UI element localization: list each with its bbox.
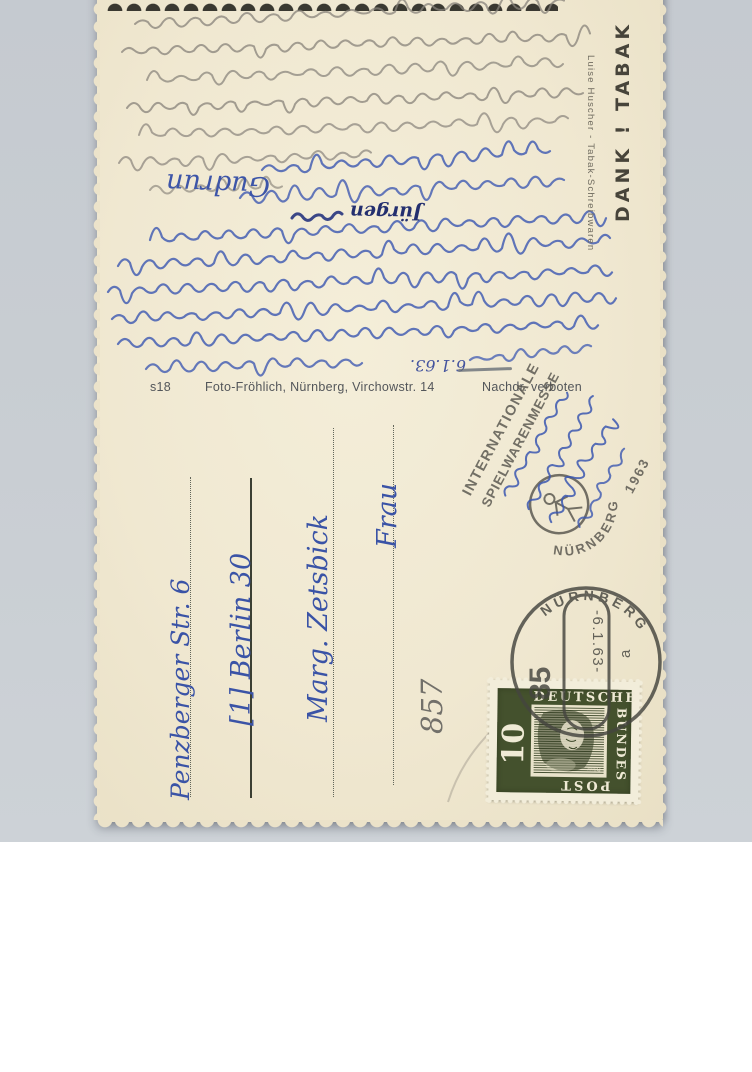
scanned-postcard-photo: Gudrun Jürgen 6.1.63. Luise Huscher - Ta…: [0, 0, 752, 842]
datestamp-date: -6.1.63-: [589, 610, 606, 674]
scribble-line: [575, 446, 629, 529]
scribble-line: [525, 394, 601, 513]
datestamp-code: 85: [524, 667, 557, 700]
circular-datestamp: -6.1.63- 85 a NÜRNBERG: [506, 582, 666, 744]
datestamp-letter: a: [617, 649, 634, 658]
scribble-line: [502, 390, 571, 499]
